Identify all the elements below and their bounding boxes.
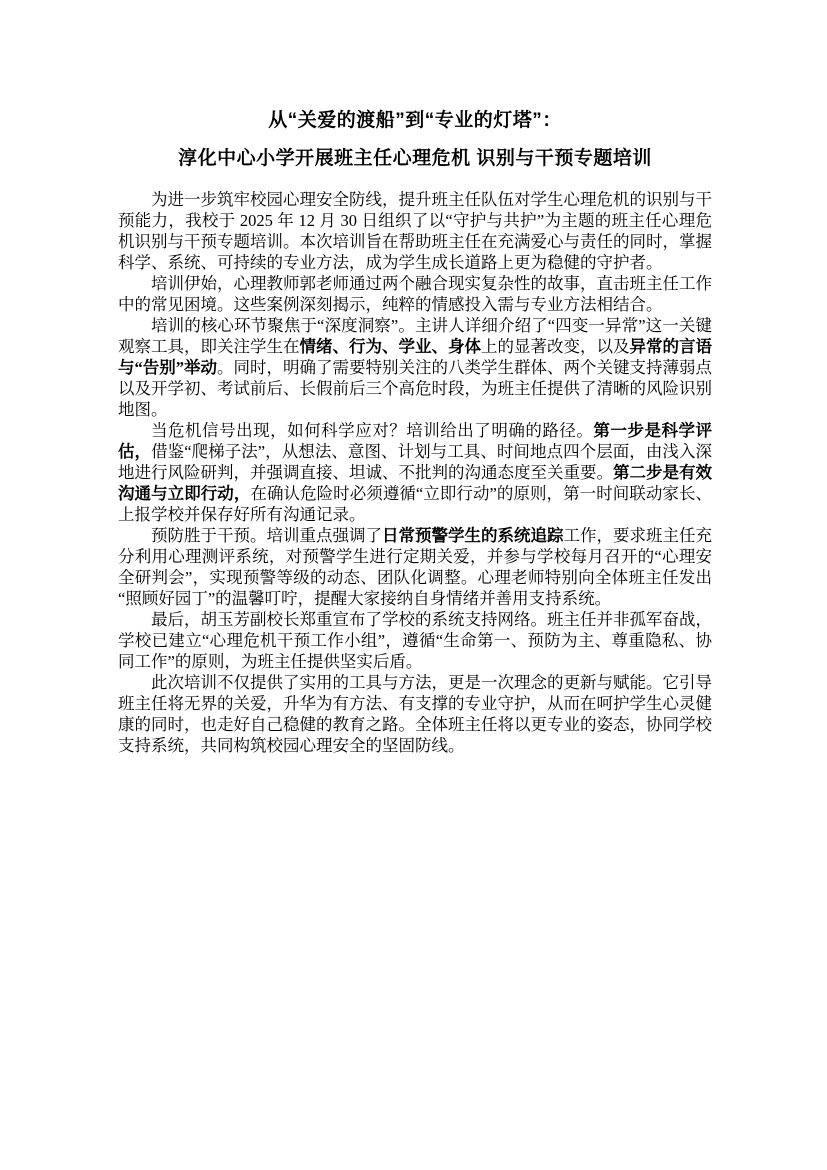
bold-text-run: 日常预警学生的系统追踪	[382, 526, 564, 545]
text-run: 培训伊始，心理教师郭老师通过两个融合现实复杂性的故事，直击班主任工作中的常见困境…	[118, 274, 712, 314]
paragraph: 培训的核心环节聚焦于“深度洞察”。主讲人详细介绍了“四变一异常”这一关键观察工具…	[118, 315, 712, 420]
text-run: 上的显著改变，以及	[481, 337, 630, 356]
paragraph: 培训伊始，心理教师郭老师通过两个融合现实复杂性的故事，直击班主任工作中的常见困境…	[118, 273, 712, 315]
document-title-line2: 淳化中心小学开展班主任心理危机 识别与干预专题培训	[118, 146, 712, 172]
text-run: 为进一步筑牢校园心理安全防线，提升班主任队伍对学生心理危机的识别与干预能力，我校…	[118, 190, 712, 272]
text-run: 预防胜于干预。培训重点强调了	[151, 526, 382, 545]
document-title-line1: 从“关爱的渡船”到“专业的灯塔”：	[118, 108, 712, 134]
text-run: 最后，胡玉芳副校长郑重宣布了学校的系统支持网络。班主任并非孤军奋战，学校已建立“…	[118, 610, 712, 671]
text-run: 此次培训不仅提供了实用的工具与方法，更是一次理念的更新与赋能。它引导班主任将无界…	[118, 673, 712, 755]
paragraph: 最后，胡玉芳副校长郑重宣布了学校的系统支持网络。班主任并非孤军奋战，学校已建立“…	[118, 609, 712, 672]
bold-text-run: 情绪、行为、学业、身体	[300, 337, 482, 356]
text-run: 当危机信号出现，如何科学应对？培训给出了明确的路径。	[151, 421, 593, 440]
document-page: 从“关爱的渡船”到“专业的灯塔”： 淳化中心小学开展班主任心理危机 识别与干预专…	[0, 0, 827, 1170]
paragraph: 此次培训不仅提供了实用的工具与方法，更是一次理念的更新与赋能。它引导班主任将无界…	[118, 672, 712, 756]
paragraph: 预防胜于干预。培训重点强调了日常预警学生的系统追踪工作，要求班主任充分利用心理测…	[118, 525, 712, 609]
document-body: 为进一步筑牢校园心理安全防线，提升班主任队伍对学生心理危机的识别与干预能力，我校…	[118, 189, 712, 756]
paragraph: 为进一步筑牢校园心理安全防线，提升班主任队伍对学生心理危机的识别与干预能力，我校…	[118, 189, 712, 273]
document-content: 从“关爱的渡船”到“专业的灯塔”： 淳化中心小学开展班主任心理危机 识别与干预专…	[118, 0, 712, 756]
paragraph: 当危机信号出现，如何科学应对？培训给出了明确的路径。第一步是科学评估，借鉴“爬梯…	[118, 420, 712, 525]
